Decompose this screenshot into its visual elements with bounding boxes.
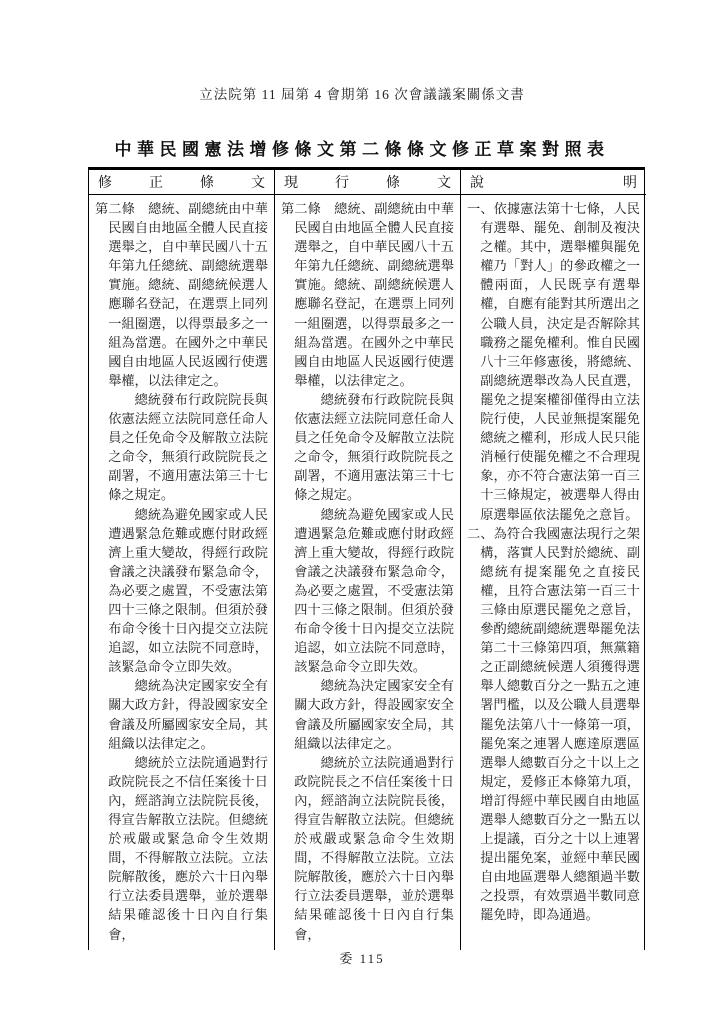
header-char: 明 [623, 172, 637, 192]
header-char: 條 [386, 172, 400, 192]
column-header-current: 現行條文 [274, 170, 461, 195]
amended-paragraph: 總統為決定國家安全有關大政方針，得設國家安全會議及所屬國家安全局，其組織以法律定… [95, 676, 268, 752]
amended-paragraph: 總統於立法院通過對行政院院長之不信任案後十日內，經諮詢立法院院長後，得宣告解散立… [95, 753, 268, 944]
explanation-paragraph: 一、依據憲法第十七條，人民有選舉、罷免、創制及複決之權。其中，選舉權與罷免權乃「… [467, 199, 640, 524]
amended-paragraph: 第二條 總統、副總統由中華民國自由地區全體人民直接選舉之，自中華民國八十五年第九… [95, 199, 268, 390]
column-header-explanation: 說明 [461, 170, 646, 195]
current-paragraph: 總統為決定國家安全有關大政方針，得設國家安全會議及所屬國家安全局，其組織以法律定… [281, 676, 454, 752]
cell-explanation: 一、依據憲法第十七條，人民有選舉、罷免、創制及複決之權。其中，選舉權與罷免權乃「… [461, 195, 646, 950]
cell-current-article: 第二條 總統、副總統由中華民國自由地區全體人民直接選舉之，自中華民國八十五年第九… [274, 195, 461, 950]
header-char: 修 [98, 172, 112, 192]
header-char: 文 [437, 172, 451, 192]
page-title: 中華民國憲法增修條文第二條條文修正草案對照表 [0, 135, 724, 160]
header-char: 條 [200, 172, 214, 192]
header-char: 說 [470, 172, 484, 192]
header-char: 正 [149, 172, 163, 192]
page-number-footer: 委 115 [0, 948, 724, 967]
current-paragraph: 第二條 總統、副總統由中華民國自由地區全體人民直接選舉之，自中華民國八十五年第九… [281, 199, 454, 390]
header-char: 文 [251, 172, 265, 192]
cell-amended-article: 第二條 總統、副總統由中華民國自由地區全體人民直接選舉之，自中華民國八十五年第九… [89, 195, 274, 950]
header-char: 行 [335, 172, 349, 192]
column-header-amended: 修正條文 [89, 170, 274, 195]
document-page: 立法院第 11 屆第 4 會期第 16 次會議議案關係文書 中華民國憲法增修條文… [0, 0, 724, 1024]
amended-paragraph: 總統發布行政院院長與依憲法經立法院同意任命人員之任免命令及解散立法院之命令，無須… [95, 390, 268, 505]
explanation-paragraph: 二、為符合我國憲法現行之架構，落實人民對於總統、副總統有提案罷免之直接民權，且符… [467, 524, 640, 925]
header-char: 現 [284, 172, 298, 192]
document-header: 立法院第 11 屆第 4 會期第 16 次會議議案關係文書 [0, 83, 724, 103]
current-paragraph: 總統發布行政院院長與依憲法經立法院同意任命人員之任免命令及解散立法院之命令，無須… [281, 390, 454, 505]
amended-paragraph: 總統為避免國家或人民遭遇緊急危難或應付財政經濟上重大變故，得經行政院會議之決議發… [95, 505, 268, 677]
current-paragraph: 總統於立法院通過對行政院院長之不信任案後十日內，經諮詢立法院院長後，得宣告解散立… [281, 753, 454, 944]
comparison-table: 修正條文 現行條文 說明 第二條 總統、副總統由中華民國自由地區全體人民直接選舉… [88, 167, 645, 950]
current-paragraph: 總統為避免國家或人民遭遇緊急危難或應付財政經濟上重大變故，得經行政院會議之決議發… [281, 505, 454, 677]
